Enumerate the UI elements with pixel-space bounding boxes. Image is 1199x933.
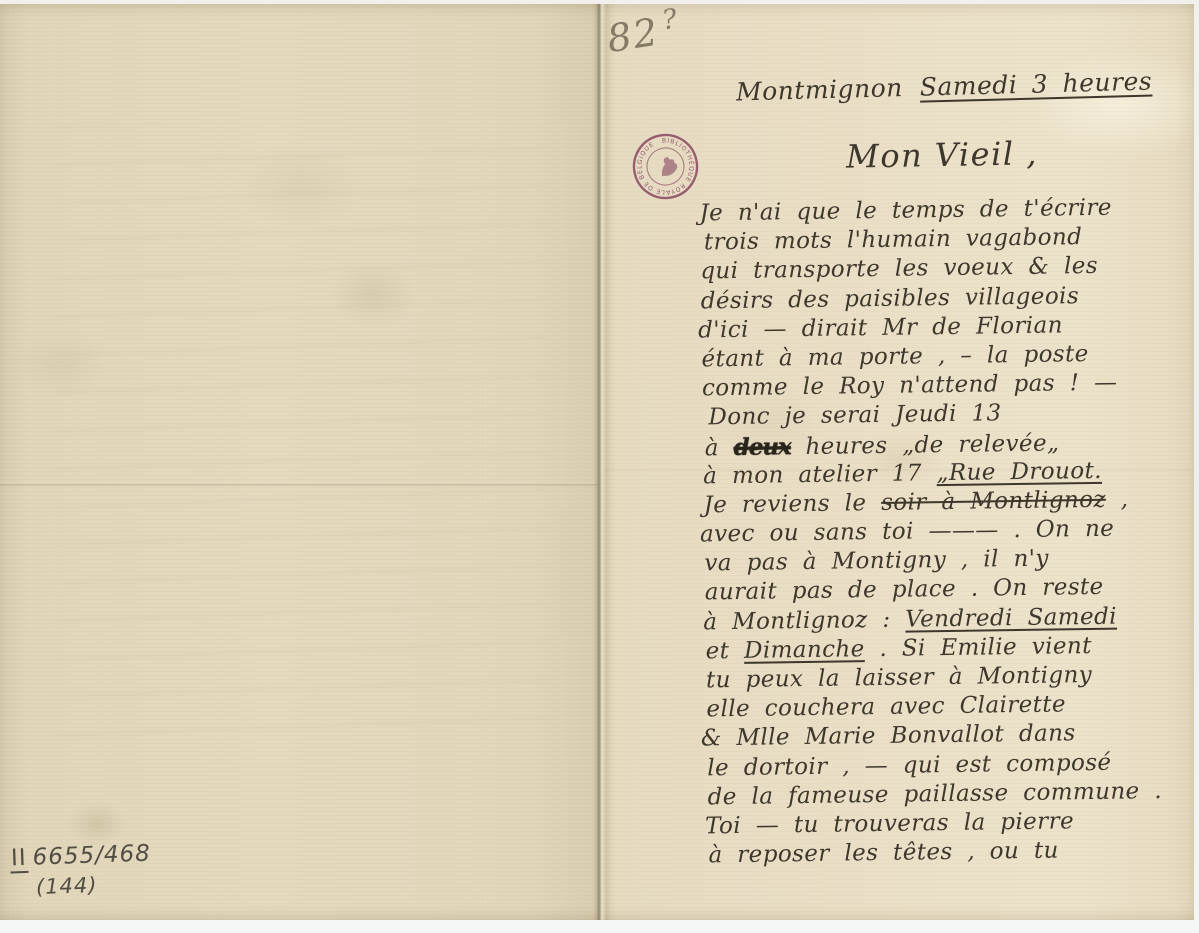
bleed-through-texture [55,124,545,744]
body-line-segment: à [705,434,734,460]
body-line-segment: deux [733,433,791,461]
body-line-segment: à mon atelier 17 [703,460,937,489]
dateline-datetime: Samedi 3 heures [919,67,1152,102]
body-line-segment: aurait pas de place . On reste [705,574,1104,606]
inventory-digits: 6655/468 [32,841,151,871]
body-line-segment: soir à Montlignoz [881,487,1106,516]
center-fold-crease [593,4,611,920]
body-line-segment: Toi — tu trouveras la pierre [705,808,1074,839]
body-line-segment: elle couchera avec Clairette [706,692,1066,723]
body-line-segment: de la fameuse paillasse commune . [708,778,1163,810]
body-line-segment: „Rue Drouot. [936,458,1102,486]
inventory-subnumber: (144) [36,873,98,899]
body-line-segment: tu peux la laisser à Montigny [706,662,1092,693]
body-line-segment: comme le Roy n'attend pas ! — [702,370,1118,402]
letter-body: Je n'ai que le temps de t'écriretrois mo… [699,193,1196,871]
stamp-lion-icon [658,155,679,177]
body-line-segment: Je reviens le [703,490,881,518]
body-line-segment: à Montlignoz : [703,606,905,635]
inventory-number: II6655/468 [10,841,152,872]
archive-number: 82 [604,9,663,61]
body-line-segment: Je n'ai que le temps de t'écrire [699,195,1112,227]
body-line-segment: . Si Emilie vient [864,633,1092,662]
body-line-segment: trois mots l'humain vagabond [704,224,1083,255]
body-line-segment: étant à ma porte , – la poste [701,341,1088,372]
body-line-segment: désirs des paisibles villageois [701,283,1080,314]
body-line-segment: , [1106,486,1129,512]
page-left [0,4,601,920]
body-line-segment: heures „de relevée„ [791,430,1060,460]
body-line-segment: & Mlle Marie Bonvallot dans [701,721,1076,752]
body-line-segment: à reposer les têtes , ou tu [708,838,1059,869]
body-line-segment: qui transporte les voeux & les [700,253,1098,285]
scan-background: 82? BIBLIOTHÈQUE ROYALE DE BELGIQUE Mont… [0,0,1199,933]
body-line-segment: Dimanche [744,636,865,664]
body-line-segment: avec ou sans toi ——— . On ne [700,516,1115,548]
body-line-segment: le dortoir , — qui est composé [707,749,1112,781]
body-line-segment: Donc je serai Jeudi 13 [708,401,1002,431]
salutation: Mon Vieil , [846,134,1038,175]
body-line-segment: d'ici — dirait Mr de Florian [698,312,1063,343]
body-line-segment: Vendredi Samedi [905,603,1117,632]
body-line-segment: et [705,638,744,665]
inventory-roman-numeral: II [10,845,29,874]
body-line-segment: va pas à Montigny , il n'y [704,546,1049,577]
dateline-place: Montmignon [736,73,903,106]
